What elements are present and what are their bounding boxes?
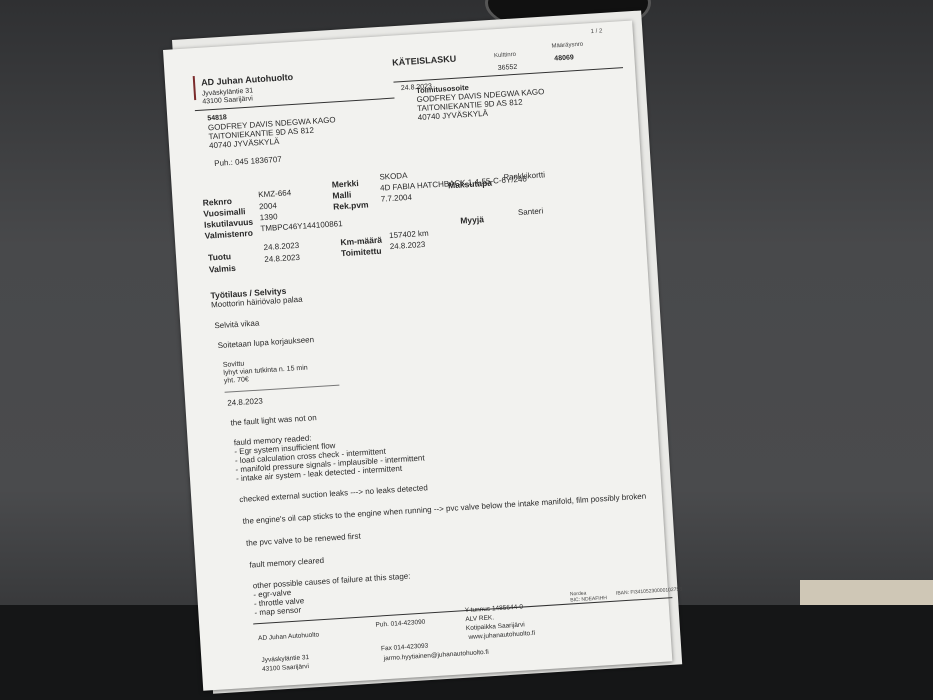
- displacement-value: 1390: [259, 212, 277, 222]
- order-no: 48069: [554, 54, 574, 62]
- footer-fax: Fax 014-423093: [381, 643, 429, 653]
- km-value: 157402 km: [389, 229, 429, 240]
- company-name: AD Juhan Autohuolto: [201, 72, 294, 88]
- work-line: the pvc valve to be renewed first: [246, 532, 361, 548]
- year-value: 2004: [259, 201, 277, 211]
- footer-alv: ALV REK.: [465, 614, 494, 623]
- work-divider: [225, 385, 340, 393]
- work-line: checked external suction leaks ---> no l…: [239, 483, 428, 504]
- brand-bar: [193, 76, 197, 100]
- work-line: Selvitä vikaa: [214, 319, 259, 331]
- regdate-value: 7.7.2004: [381, 193, 413, 204]
- reg-value: KMZ-664: [258, 188, 291, 199]
- customer-id: 54818: [207, 114, 227, 122]
- document-type: KÄTEISLASKU: [392, 54, 457, 68]
- brought-label: Tuotu: [208, 251, 232, 262]
- customer-no-label: Kulttinro: [494, 52, 516, 59]
- customer-phone: Puh.: 045 1836707: [214, 155, 282, 168]
- delivered-label: Toimitettu: [341, 246, 382, 259]
- seller-value: Santeri: [518, 206, 544, 217]
- work-line: fault memory cleared: [249, 556, 324, 570]
- order-no-label: Määräysnro: [551, 42, 583, 50]
- footer-city: 43100 Saarijärvi: [262, 663, 309, 673]
- footer-company: AD Juhan Autohuolto: [258, 631, 319, 642]
- footer-phone: Puh. 014-423090: [375, 619, 425, 629]
- delivered-value: 24.8.2023: [390, 240, 426, 251]
- work-line: - map sensor: [254, 605, 301, 617]
- make-value: SKODA: [379, 171, 408, 182]
- work-line: the fault light was not on: [230, 413, 317, 427]
- page-number: 1 / 2: [591, 28, 603, 35]
- work-line: yht. 70€: [224, 376, 249, 385]
- work-line: Soitetaan lupa korjaukseen: [217, 335, 314, 350]
- footer-ytunnus: Y-tunnus 1485644-0: [465, 604, 524, 615]
- reg-label: Reknro: [202, 196, 232, 208]
- ready-label: Valmis: [209, 263, 237, 275]
- payment-value: Pankkikortti: [503, 170, 545, 182]
- receipt-document: 1 / 2 KÄTEISLASKU Kulttinro 36552 Määräy…: [163, 20, 672, 690]
- footer-divider: [253, 597, 672, 624]
- seller-label: Myyjä: [460, 214, 484, 225]
- work-line: other possible causes of failure at this…: [253, 572, 411, 591]
- footer-www: www.juhanautohuolto.fi: [468, 630, 535, 641]
- regdate-label: Rek.pvm: [333, 199, 369, 211]
- work-line: 24.8.2023: [227, 396, 263, 407]
- ready-value: 24.8.2023: [264, 253, 300, 264]
- payment-label: Maksutapa: [448, 178, 492, 191]
- customer-no: 36552: [498, 64, 518, 72]
- work-line: Sovittu: [223, 361, 245, 369]
- brought-value: 24.8.2023: [263, 241, 299, 252]
- make-label: Merkki: [331, 178, 359, 190]
- model-label: Malli: [332, 189, 351, 200]
- vin-label: Valmistenro: [204, 228, 253, 241]
